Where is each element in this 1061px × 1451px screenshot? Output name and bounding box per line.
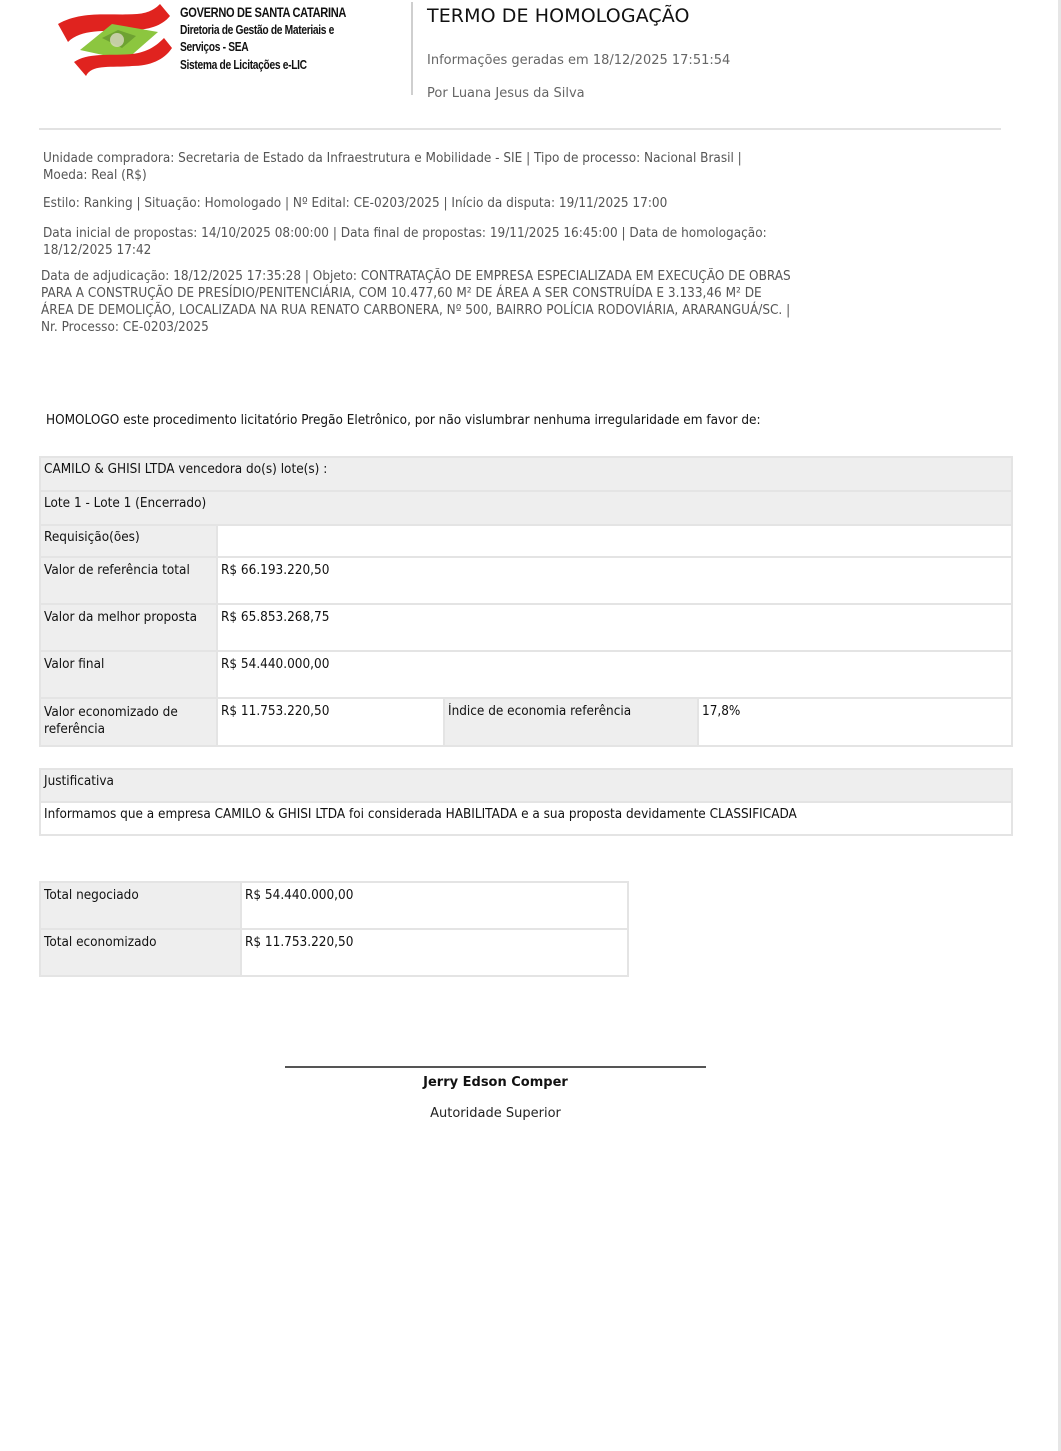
generated-timestamp: Informações geradas em 18/12/2025 17:51:… bbox=[427, 53, 730, 68]
winner-header-cell: CAMILO & GHISI LTDA vencedora do(s) lote… bbox=[40, 457, 1012, 491]
table-row: Valor final R$ 54.440.000,00 bbox=[40, 651, 1012, 698]
row-label: Valor de referência total bbox=[40, 557, 217, 604]
table-row: Informamos que a empresa CAMILO & GHISI … bbox=[40, 802, 1012, 835]
table-row: Total negociado R$ 54.440.000,00 bbox=[40, 882, 628, 929]
org-services: Serviços - SEA bbox=[180, 39, 369, 57]
row-value: R$ 54.440.000,00 bbox=[217, 651, 1012, 698]
row-label: Valor da melhor proposta bbox=[40, 604, 217, 651]
signature-line bbox=[285, 1066, 706, 1068]
economia-label: Valor economizado de referência bbox=[40, 698, 217, 746]
justificativa-table: Justificativa Informamos que a empresa C… bbox=[39, 768, 1013, 836]
header-divider bbox=[411, 2, 413, 95]
table-row: Valor de referência total R$ 66.193.220,… bbox=[40, 557, 1012, 604]
document-header: GOVERNO DE SANTA CATARINA Diretoria de G… bbox=[0, 0, 1061, 110]
info-adjudicacao-objeto: Data de adjudicação: 18/12/2025 17:35:28… bbox=[41, 268, 794, 336]
org-directorate: Diretoria de Gestão de Materiais e bbox=[180, 22, 369, 40]
lote-cell: Lote 1 - Lote 1 (Encerrado) bbox=[40, 491, 1012, 525]
total-negociado-label: Total negociado bbox=[40, 882, 241, 929]
row-label: Requisição(ões) bbox=[40, 525, 217, 557]
santa-catarina-flag-logo-icon bbox=[52, 2, 177, 78]
row-value: R$ 65.853.268,75 bbox=[217, 604, 1012, 651]
organization-block: GOVERNO DE SANTA CATARINA Diretoria de G… bbox=[180, 4, 410, 74]
economia-value: R$ 11.753.220,50 bbox=[217, 698, 444, 746]
table-row: Requisição(ões) bbox=[40, 525, 1012, 557]
total-negociado-value: R$ 54.440.000,00 bbox=[241, 882, 628, 929]
justificativa-label: Justificativa bbox=[40, 769, 1012, 802]
row-value: R$ 66.193.220,50 bbox=[217, 557, 1012, 604]
justificativa-text: Informamos que a empresa CAMILO & GHISI … bbox=[40, 802, 1012, 835]
info-estilo-situacao: Estilo: Ranking | Situação: Homologado |… bbox=[43, 195, 787, 212]
economia-index-label: Índice de economia referência bbox=[444, 698, 698, 746]
total-economizado-value: R$ 11.753.220,50 bbox=[241, 929, 628, 976]
table-row: Lote 1 - Lote 1 (Encerrado) bbox=[40, 491, 1012, 525]
economia-index-value: 17,8% bbox=[698, 698, 1012, 746]
row-label: Valor final bbox=[40, 651, 217, 698]
table-row: CAMILO & GHISI LTDA vencedora do(s) lote… bbox=[40, 457, 1012, 491]
signatory-name: Jerry Edson Comper bbox=[285, 1075, 706, 1090]
signatory-role: Autoridade Superior bbox=[285, 1106, 706, 1121]
row-value bbox=[217, 525, 1012, 557]
info-unidade-compradora: Unidade compradora: Secretaria de Estado… bbox=[43, 150, 787, 184]
header-separator bbox=[39, 128, 1001, 130]
org-system: Sistema de Licitações e-LIC bbox=[180, 57, 369, 75]
info-datas-propostas: Data inicial de propostas: 14/10/2025 08… bbox=[43, 225, 787, 259]
table-row: Valor da melhor proposta R$ 65.853.268,7… bbox=[40, 604, 1012, 651]
table-row: Total economizado R$ 11.753.220,50 bbox=[40, 929, 628, 976]
total-economizado-label: Total economizado bbox=[40, 929, 241, 976]
org-name: GOVERNO DE SANTA CATARINA bbox=[180, 4, 369, 22]
table-row: Valor economizado de referência R$ 11.75… bbox=[40, 698, 1012, 746]
totals-table: Total negociado R$ 54.440.000,00 Total e… bbox=[39, 881, 629, 977]
winner-table: CAMILO & GHISI LTDA vencedora do(s) lote… bbox=[39, 456, 1013, 747]
document-title: TERMO DE HOMOLOGAÇÃO bbox=[427, 5, 690, 27]
author-line: Por Luana Jesus da Silva bbox=[427, 86, 585, 101]
table-row: Justificativa bbox=[40, 769, 1012, 802]
homologo-statement: HOMOLOGO este procedimento licitatório P… bbox=[46, 413, 761, 428]
